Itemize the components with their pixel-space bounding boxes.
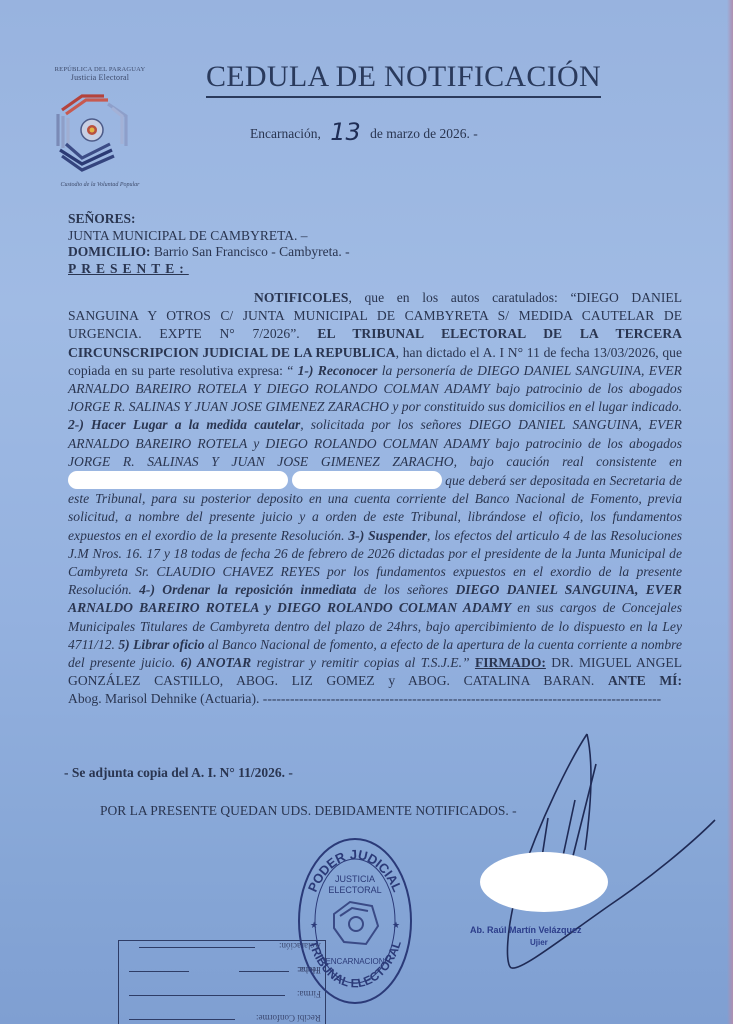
signer-role: Ujier [530,938,548,947]
date-suffix: de marzo de 2026. - [370,126,478,141]
item-3-title: 3-) Suspender [348,528,427,543]
domicilio-value: Barrio San Francisco - Cambyreta. - [154,244,350,259]
presente-label: PRESENTE: [68,261,350,278]
photo-edge [727,0,733,1024]
receipt-recibi: Recibí Conforme: [256,1013,321,1023]
stamp-center2: ELECTORAL [328,885,381,895]
addressee-entity: JUNTA MUNICIPAL DE CAMBYRETA. – [68,228,350,245]
item-1-title: 1-) Reconocer [298,363,378,378]
redaction-mark [68,471,288,489]
ante-mi-label: ANTE MÍ: [608,673,682,688]
date-line: Encarnación, 13 de marzo de 2026. - [250,116,478,144]
item-5-title: 5) Librar oficio [118,637,204,652]
stamp-city: ENCARNACION [325,957,384,966]
redaction-mark [480,852,608,912]
redaction-mark [292,471,442,489]
date-day-handwritten: 13 [330,118,361,146]
document-title: CEDULA DE NOTIFICACIÓN [206,60,601,98]
svg-text:★: ★ [392,920,400,930]
notification-body: NOTIFICOLES, que en los autos caratulado… [68,289,682,709]
attachment-note: - Se adjunta copia del A. I. N° 11/2026.… [64,765,293,781]
item-4-title: 4-) Ordenar la reposición inmediata [139,582,356,597]
notified-statement: POR LA PRESENTE QUEDAN UDS. DEBIDAMENTE … [100,803,517,819]
justicia-electoral-logo: REPÚBLICA DEL PARAGUAY Justicia Electora… [40,66,160,196]
stamp-center1: JUSTICIA [335,874,375,884]
addressee-block: SEÑORES: JUNTA MUNICIPAL DE CAMBYRETA. –… [68,211,350,277]
senores-label: SEÑORES: [68,211,350,228]
date-prefix: Encarnación, [250,126,321,141]
domicilio-label: DOMICILIO: [68,244,151,259]
receipt-box: Aclaración: Hora: Fecha: Firma: Recibí C… [118,940,326,1024]
hexagon-logo-icon [52,88,138,174]
item-2-title: 2-) Hacer Lugar a la medida cautelar [68,417,300,432]
tribunal-stamp-icon: PODER JUDICIAL TRIBUNAL ELECTORAL JUSTIC… [296,836,414,1006]
firmado-label: FIRMADO: [475,655,546,670]
notificoles: NOTIFICOLES [254,290,348,305]
logo-motto: Custodio de la Voluntad Popular [40,182,160,188]
official-stamp: PODER JUDICIAL TRIBUNAL ELECTORAL JUSTIC… [296,836,414,1006]
item-4-text: de los señores [356,582,455,597]
item-6-title: 6) ANOTAR [181,655,252,670]
logo-institution: Justicia Electoral [40,74,160,82]
item-6-text: registrar y remitir copias al T.S.J.E.” [251,655,475,670]
svg-text:★: ★ [310,920,318,930]
signer-name: Ab. Raúl Martín Velázquez [470,925,582,935]
actuaria: Abog. Marisol Dehnike (Actuaria). ------… [68,691,661,706]
